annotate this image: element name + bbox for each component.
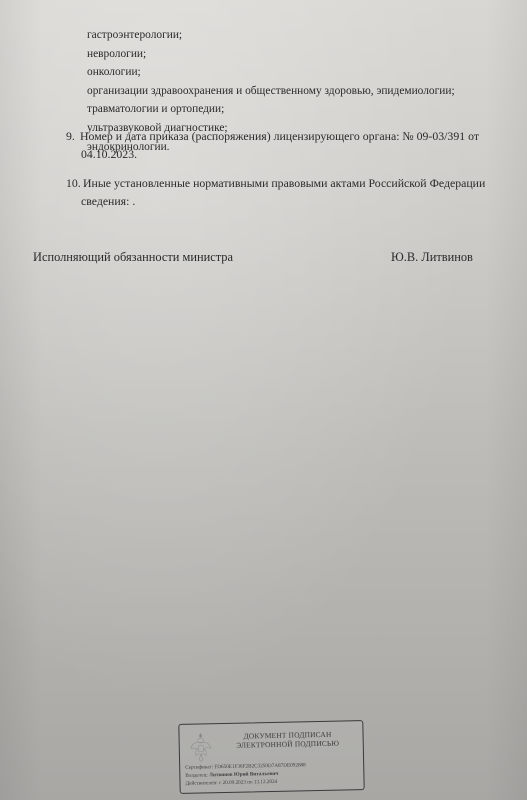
signer-role: Исполняющий обязанности министра xyxy=(33,250,233,265)
stamp-title-line: ЭЛЕКТРОННОЙ ПОДПИСЬЮ xyxy=(218,738,358,750)
specialty-item: онкологии; xyxy=(87,63,455,82)
specialty-item: гастроэнтерологии; xyxy=(87,26,455,45)
electronic-signature-stamp: ДОКУМЕНТ ПОДПИСАН ЭЛЕКТРОННОЙ ПОДПИСЬЮ С… xyxy=(178,720,364,794)
item-number: 9. xyxy=(66,128,80,146)
specialty-item: травматологии и ортопедии; xyxy=(87,100,455,119)
item-text-continuation: 04.10.2023. xyxy=(66,146,496,164)
specialty-item: неврологии; xyxy=(87,45,455,64)
specialty-item: организации здравоохранения и общественн… xyxy=(87,82,455,101)
numbered-item-10: 10.Иные установленные нормативными право… xyxy=(66,175,496,210)
validity-line: Действителен: с 20.09.2023 по 13.12.2024 xyxy=(185,778,306,789)
signer-name: Ю.В. Литвинов xyxy=(391,250,473,265)
item-text-continuation: сведения: . xyxy=(66,193,496,211)
item-number: 10. xyxy=(66,175,83,193)
document-page: гастроэнтерологии; неврологии; онкологии… xyxy=(0,0,527,800)
numbered-item-9: 9.Номер и дата приказа (распоряжения) ли… xyxy=(66,128,496,163)
stamp-title: ДОКУМЕНТ ПОДПИСАН ЭЛЕКТРОННОЙ ПОДПИСЬЮ xyxy=(217,729,357,750)
item-text: Иные установленные нормативными правовым… xyxy=(83,176,485,190)
item-text: Номер и дата приказа (распоряжения) лице… xyxy=(80,129,479,143)
stamp-details: Сертификат: FD650E1F36F2B2C3250D7A87DE09… xyxy=(185,761,306,788)
state-emblem-icon xyxy=(189,732,212,762)
